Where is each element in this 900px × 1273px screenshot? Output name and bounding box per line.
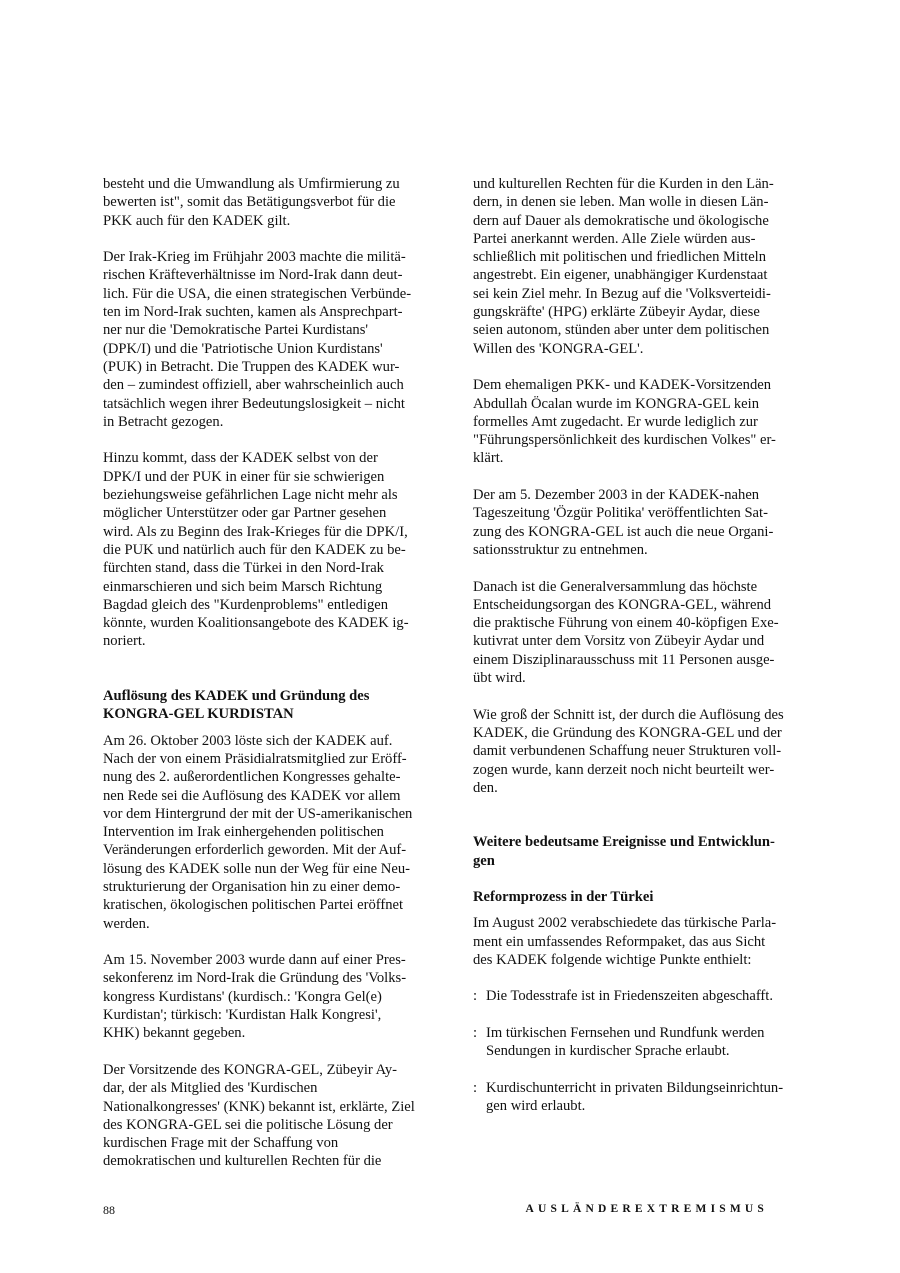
heading-line: Auflösung des KADEK und Gründung des <box>103 687 433 705</box>
text-line: des KADEK folgende wichtige Punkte enthi… <box>473 951 803 969</box>
text-line: in Betracht gezogen. <box>103 413 433 431</box>
right-column: und kulturellen Rechten für die Kurden i… <box>473 175 803 1134</box>
text-line: dar, der als Mitglied des 'Kurdischen <box>103 1079 433 1097</box>
text-line: beziehungsweise gefährlichen Lage nicht … <box>103 486 433 504</box>
text-line: Die Todesstrafe ist in Friedenszeiten ab… <box>486 987 803 1005</box>
text-line: kratischen, ökologischen politischen Par… <box>103 896 433 914</box>
text-line: dern auf Dauer als demokratische und öko… <box>473 212 803 230</box>
left-column: besteht und die Umwandlung als Umfirmier… <box>103 175 433 1189</box>
text-line: klärt. <box>473 449 803 467</box>
text-line: könnte, wurden Koalitionsangebote des KA… <box>103 614 433 632</box>
heading-line: Reformprozess in der Türkei <box>473 888 803 906</box>
text-line: Willen des 'KONGRA-GEL'. <box>473 340 803 358</box>
text-line: Tageszeitung 'Özgür Politika' veröffentl… <box>473 504 803 522</box>
text-line: Sendungen in kurdischer Sprache erlaubt. <box>486 1042 803 1060</box>
paragraph: Am 15. November 2003 wurde dann auf eine… <box>103 951 433 1042</box>
paragraph: Der Irak-Krieg im Frühjahr 2003 machte d… <box>103 248 433 431</box>
text-line: seien autonom, stünden aber unter dem po… <box>473 321 803 339</box>
bullet-marker-icon: : <box>473 1079 477 1097</box>
text-line: "Führungspersönlichkeit des kurdischen V… <box>473 431 803 449</box>
bullet-item: : Die Todesstrafe ist in Friedenszeiten … <box>473 987 803 1005</box>
text-line: KADEK, die Gründung des KONGRA-GEL und d… <box>473 724 803 742</box>
spacer <box>473 815 803 833</box>
text-line: Nationalkongresses' (KNK) bekannt ist, e… <box>103 1098 433 1116</box>
text-line: Veränderungen erforderlich geworden. Mit… <box>103 841 433 859</box>
text-line: (PUK) in Betracht. Die Truppen des KADEK… <box>103 358 433 376</box>
text-line: rischen Kräfteverhältnisse im Nord-Irak … <box>103 266 433 284</box>
page-number: 88 <box>103 1203 115 1218</box>
bullet-item: : Im türkischen Fernsehen und Rundfunk w… <box>473 1024 803 1061</box>
text-line: einem Disziplinarausschuss mit 11 Person… <box>473 651 803 669</box>
text-line: Nach der von einem Präsidialratsmitglied… <box>103 750 433 768</box>
section-heading: Weitere bedeutsame Ereignisse und Entwic… <box>473 833 803 870</box>
text-line: bewerten ist", somit das Betätigungsverb… <box>103 193 433 211</box>
text-line: fürchten stand, dass die Türkei in den N… <box>103 559 433 577</box>
spacer <box>103 669 433 687</box>
text-line: ner nur die 'Demokratische Partei Kurdis… <box>103 321 433 339</box>
text-line: Bagdad gleich des "Kurdenproblems" entle… <box>103 596 433 614</box>
text-line: den. <box>473 779 803 797</box>
text-line: einmarschieren und sich beim Marsch Rich… <box>103 578 433 596</box>
text-line: übt wird. <box>473 669 803 687</box>
text-line: wird. Als zu Beginn des Irak-Krieges für… <box>103 523 433 541</box>
text-line: lösung des KADEK solle nun der Weg für e… <box>103 860 433 878</box>
text-line: dern, in denen sie leben. Man wolle in d… <box>473 193 803 211</box>
paragraph: Der am 5. Dezember 2003 in der KADEK-nah… <box>473 486 803 559</box>
text-line: formelles Amt zugedacht. Er wurde ledigl… <box>473 413 803 431</box>
text-line: sekonferenz im Nord-Irak die Gründung de… <box>103 969 433 987</box>
paragraph: Danach ist die Generalversammlung das hö… <box>473 578 803 688</box>
text-line: Partei anerkannt werden. Alle Ziele würd… <box>473 230 803 248</box>
text-line: Im August 2002 verabschiedete das türkis… <box>473 914 803 932</box>
text-line: Am 15. November 2003 wurde dann auf eine… <box>103 951 433 969</box>
text-line: den – zumindest offiziell, aber wahrsche… <box>103 376 433 394</box>
text-line: ment ein umfassendes Reformpaket, das au… <box>473 933 803 951</box>
text-line: strukturierung der Organisation hin zu e… <box>103 878 433 896</box>
text-line: lich. Für die USA, die einen strategisch… <box>103 285 433 303</box>
heading-line: gen <box>473 852 803 870</box>
heading-line: Weitere bedeutsame Ereignisse und Entwic… <box>473 833 803 851</box>
text-line: Der Vorsitzende des KONGRA-GEL, Zübeyir … <box>103 1061 433 1079</box>
text-line: Der Irak-Krieg im Frühjahr 2003 machte d… <box>103 248 433 266</box>
paragraph: und kulturellen Rechten für die Kurden i… <box>473 175 803 358</box>
text-line: Intervention im Irak einhergehenden poli… <box>103 823 433 841</box>
text-line: kongress Kurdistans' (kurdisch.: 'Kongra… <box>103 988 433 1006</box>
text-line: Im türkischen Fernsehen und Rundfunk wer… <box>486 1024 803 1042</box>
text-line: des KONGRA-GEL sei die politische Lösung… <box>103 1116 433 1134</box>
text-line: Hinzu kommt, dass der KADEK selbst von d… <box>103 449 433 467</box>
text-line: nen Rede sei die Auflösung des KADEK vor… <box>103 787 433 805</box>
section-heading: Auflösung des KADEK und Gründung des KON… <box>103 687 433 724</box>
text-line: DPK/I und der PUK in einer für sie schwi… <box>103 468 433 486</box>
text-line: Danach ist die Generalversammlung das hö… <box>473 578 803 596</box>
paragraph: Wie groß der Schnitt ist, der durch die … <box>473 706 803 797</box>
text-line: sei kein Ziel mehr. In Bezug auf die 'Vo… <box>473 285 803 303</box>
text-line: Dem ehemaligen PKK- und KADEK-Vorsitzend… <box>473 376 803 394</box>
paragraph: Dem ehemaligen PKK- und KADEK-Vorsitzend… <box>473 376 803 467</box>
text-line: möglicher Unterstützer oder gar Partner … <box>103 504 433 522</box>
text-line: kurdischen Frage mit der Schaffung von <box>103 1134 433 1152</box>
text-line: und kulturellen Rechten für die Kurden i… <box>473 175 803 193</box>
text-line: tatsächlich wegen ihrer Bedeutungslosigk… <box>103 395 433 413</box>
text-line: (DPK/I) und die 'Patriotische Union Kurd… <box>103 340 433 358</box>
bullet-marker-icon: : <box>473 987 477 1005</box>
paragraph: Der Vorsitzende des KONGRA-GEL, Zübeyir … <box>103 1061 433 1171</box>
paragraph: Hinzu kommt, dass der KADEK selbst von d… <box>103 449 433 650</box>
text-line: Kurdischunterricht in privaten Bildungse… <box>486 1079 803 1097</box>
paragraph: besteht und die Umwandlung als Umfirmier… <box>103 175 433 230</box>
running-footer-title: AUSLÄNDEREXTREMISMUS <box>526 1203 768 1215</box>
text-line: zogen wurde, kann derzeit noch nicht beu… <box>473 761 803 779</box>
text-line: Wie groß der Schnitt ist, der durch die … <box>473 706 803 724</box>
text-line: werden. <box>103 915 433 933</box>
text-line: Kurdistan'; türkisch: 'Kurdistan Halk Ko… <box>103 1006 433 1024</box>
text-line: Der am 5. Dezember 2003 in der KADEK-nah… <box>473 486 803 504</box>
text-line: damit verbundenen Schaffung neuer Strukt… <box>473 742 803 760</box>
subsection-heading: Reformprozess in der Türkei <box>473 888 803 906</box>
bullet-item: : Kurdischunterricht in privaten Bildung… <box>473 1079 803 1116</box>
text-line: sationsstruktur zu entnehmen. <box>473 541 803 559</box>
text-line: nung des 2. außerordentlichen Kongresses… <box>103 768 433 786</box>
text-line: PKK auch für den KADEK gilt. <box>103 212 433 230</box>
bullet-marker-icon: : <box>473 1024 477 1042</box>
heading-line: KONGRA-GEL KURDISTAN <box>103 705 433 723</box>
text-line: die PUK und natürlich auch für den KADEK… <box>103 541 433 559</box>
text-line: die praktische Führung von einem 40-köpf… <box>473 614 803 632</box>
text-line: demokratischen und kulturellen Rechten f… <box>103 1152 433 1170</box>
text-line: zung des KONGRA-GEL ist auch die neue Or… <box>473 523 803 541</box>
text-line: angestrebt. Ein eigener, unabhängiger Ku… <box>473 266 803 284</box>
paragraph: Am 26. Oktober 2003 löste sich der KADEK… <box>103 732 433 933</box>
text-line: schließlich mit politischen und friedlic… <box>473 248 803 266</box>
text-line: gen wird erlaubt. <box>486 1097 803 1115</box>
text-line: Entscheidungsorgan des KONGRA-GEL, währe… <box>473 596 803 614</box>
text-line: noriert. <box>103 632 433 650</box>
text-line: Abdullah Öcalan wurde im KONGRA-GEL kein <box>473 395 803 413</box>
text-line: kutivrat unter dem Vorsitz von Zübeyir A… <box>473 632 803 650</box>
text-line: gungskräfte' (HPG) erklärte Zübeyir Ayda… <box>473 303 803 321</box>
text-line: besteht und die Umwandlung als Umfirmier… <box>103 175 433 193</box>
paragraph: Im August 2002 verabschiedete das türkis… <box>473 914 803 969</box>
text-line: KHK) bekannt gegeben. <box>103 1024 433 1042</box>
text-line: ten im Nord-Irak suchten, kamen als Ansp… <box>103 303 433 321</box>
text-line: vor dem Hintergrund der mit der US-ameri… <box>103 805 433 823</box>
text-line: Am 26. Oktober 2003 löste sich der KADEK… <box>103 732 433 750</box>
